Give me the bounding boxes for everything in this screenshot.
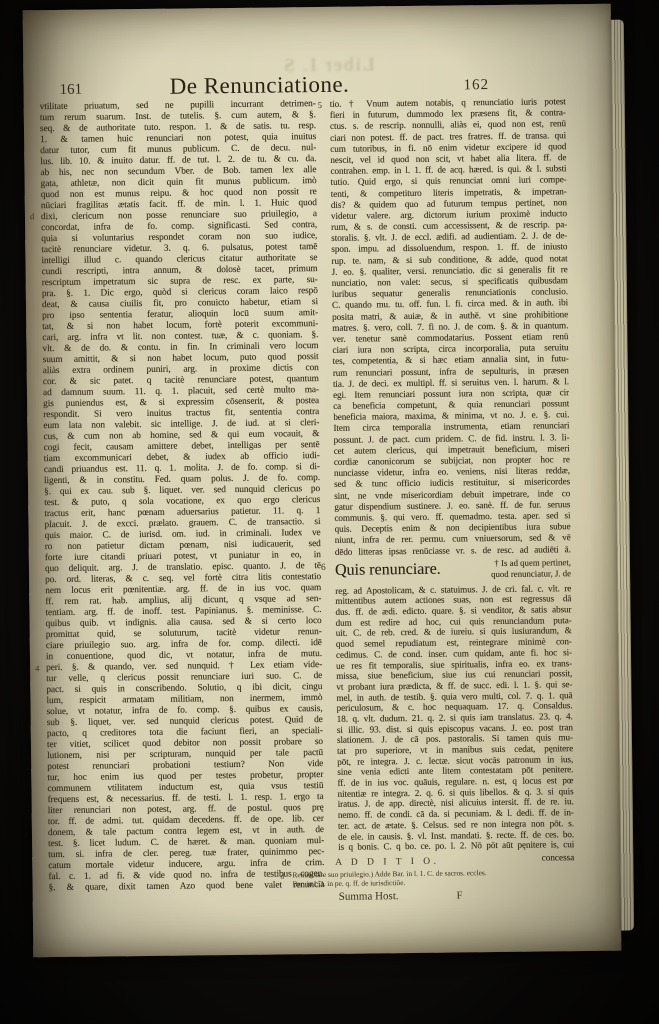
running-title: De Renunciatione. xyxy=(23,70,495,101)
additio-block: A D D I T I O. d Renunciare suo priuileg… xyxy=(280,856,494,903)
section-heading: Quis renunciare. † Is ad quem pertinet, … xyxy=(335,557,571,584)
margin-paragraph-number-4: 4 xyxy=(35,663,39,673)
additio-footer: Summa Host. F xyxy=(281,889,495,903)
text-line: is q bonis. C. q bo. ce. po. l. 2. Nō pō… xyxy=(338,839,574,852)
left-text-column: vtilitate priuatum, sed ne pupilli incur… xyxy=(40,99,325,894)
right-column-lower-lines: reg. ad Apostolicam, & c. statuimus. J. … xyxy=(335,583,574,853)
additio-note-marker: d xyxy=(280,871,284,880)
section-heading-text: Quis renunciare. xyxy=(335,558,441,583)
margin-paragraph-number-5: 5 xyxy=(318,100,322,110)
additio-heading: A D D I T I O. xyxy=(280,856,494,868)
additio-source: Summa Host. xyxy=(339,890,399,903)
heading-tail-line-2: quod renunciatur, J. de xyxy=(447,568,571,580)
right-column-upper-lines: tio. † Vnum autem notabis, q renunciatio… xyxy=(330,96,571,557)
margin-paragraph-number-6: 6 xyxy=(321,563,326,573)
page-number-right: 162 xyxy=(463,77,489,94)
scanned-book-photo: { "scan": { "header": { "page_number_lef… xyxy=(0,0,659,1024)
book-page: Liber I. S 161 De Renunciatione. 162 d 4… xyxy=(23,4,622,958)
additio-note: d Renunciare suo priuilegio.) Adde Bar. … xyxy=(280,868,494,888)
text-line: dēdo litteras ipsas renūciasse vr. s. de… xyxy=(335,544,571,558)
additio-note-line-2: Bar. in l. 3. in pe. q. ff. de iurisdict… xyxy=(293,877,495,888)
right-text-column: tio. † Vnum autem notabis, q renunciatio… xyxy=(330,96,575,865)
section-heading-continuation: † Is ad quem pertinet, quod renunciatur,… xyxy=(447,557,572,582)
signature-mark: F xyxy=(457,890,463,901)
margin-note-letter-d: d xyxy=(30,211,34,221)
